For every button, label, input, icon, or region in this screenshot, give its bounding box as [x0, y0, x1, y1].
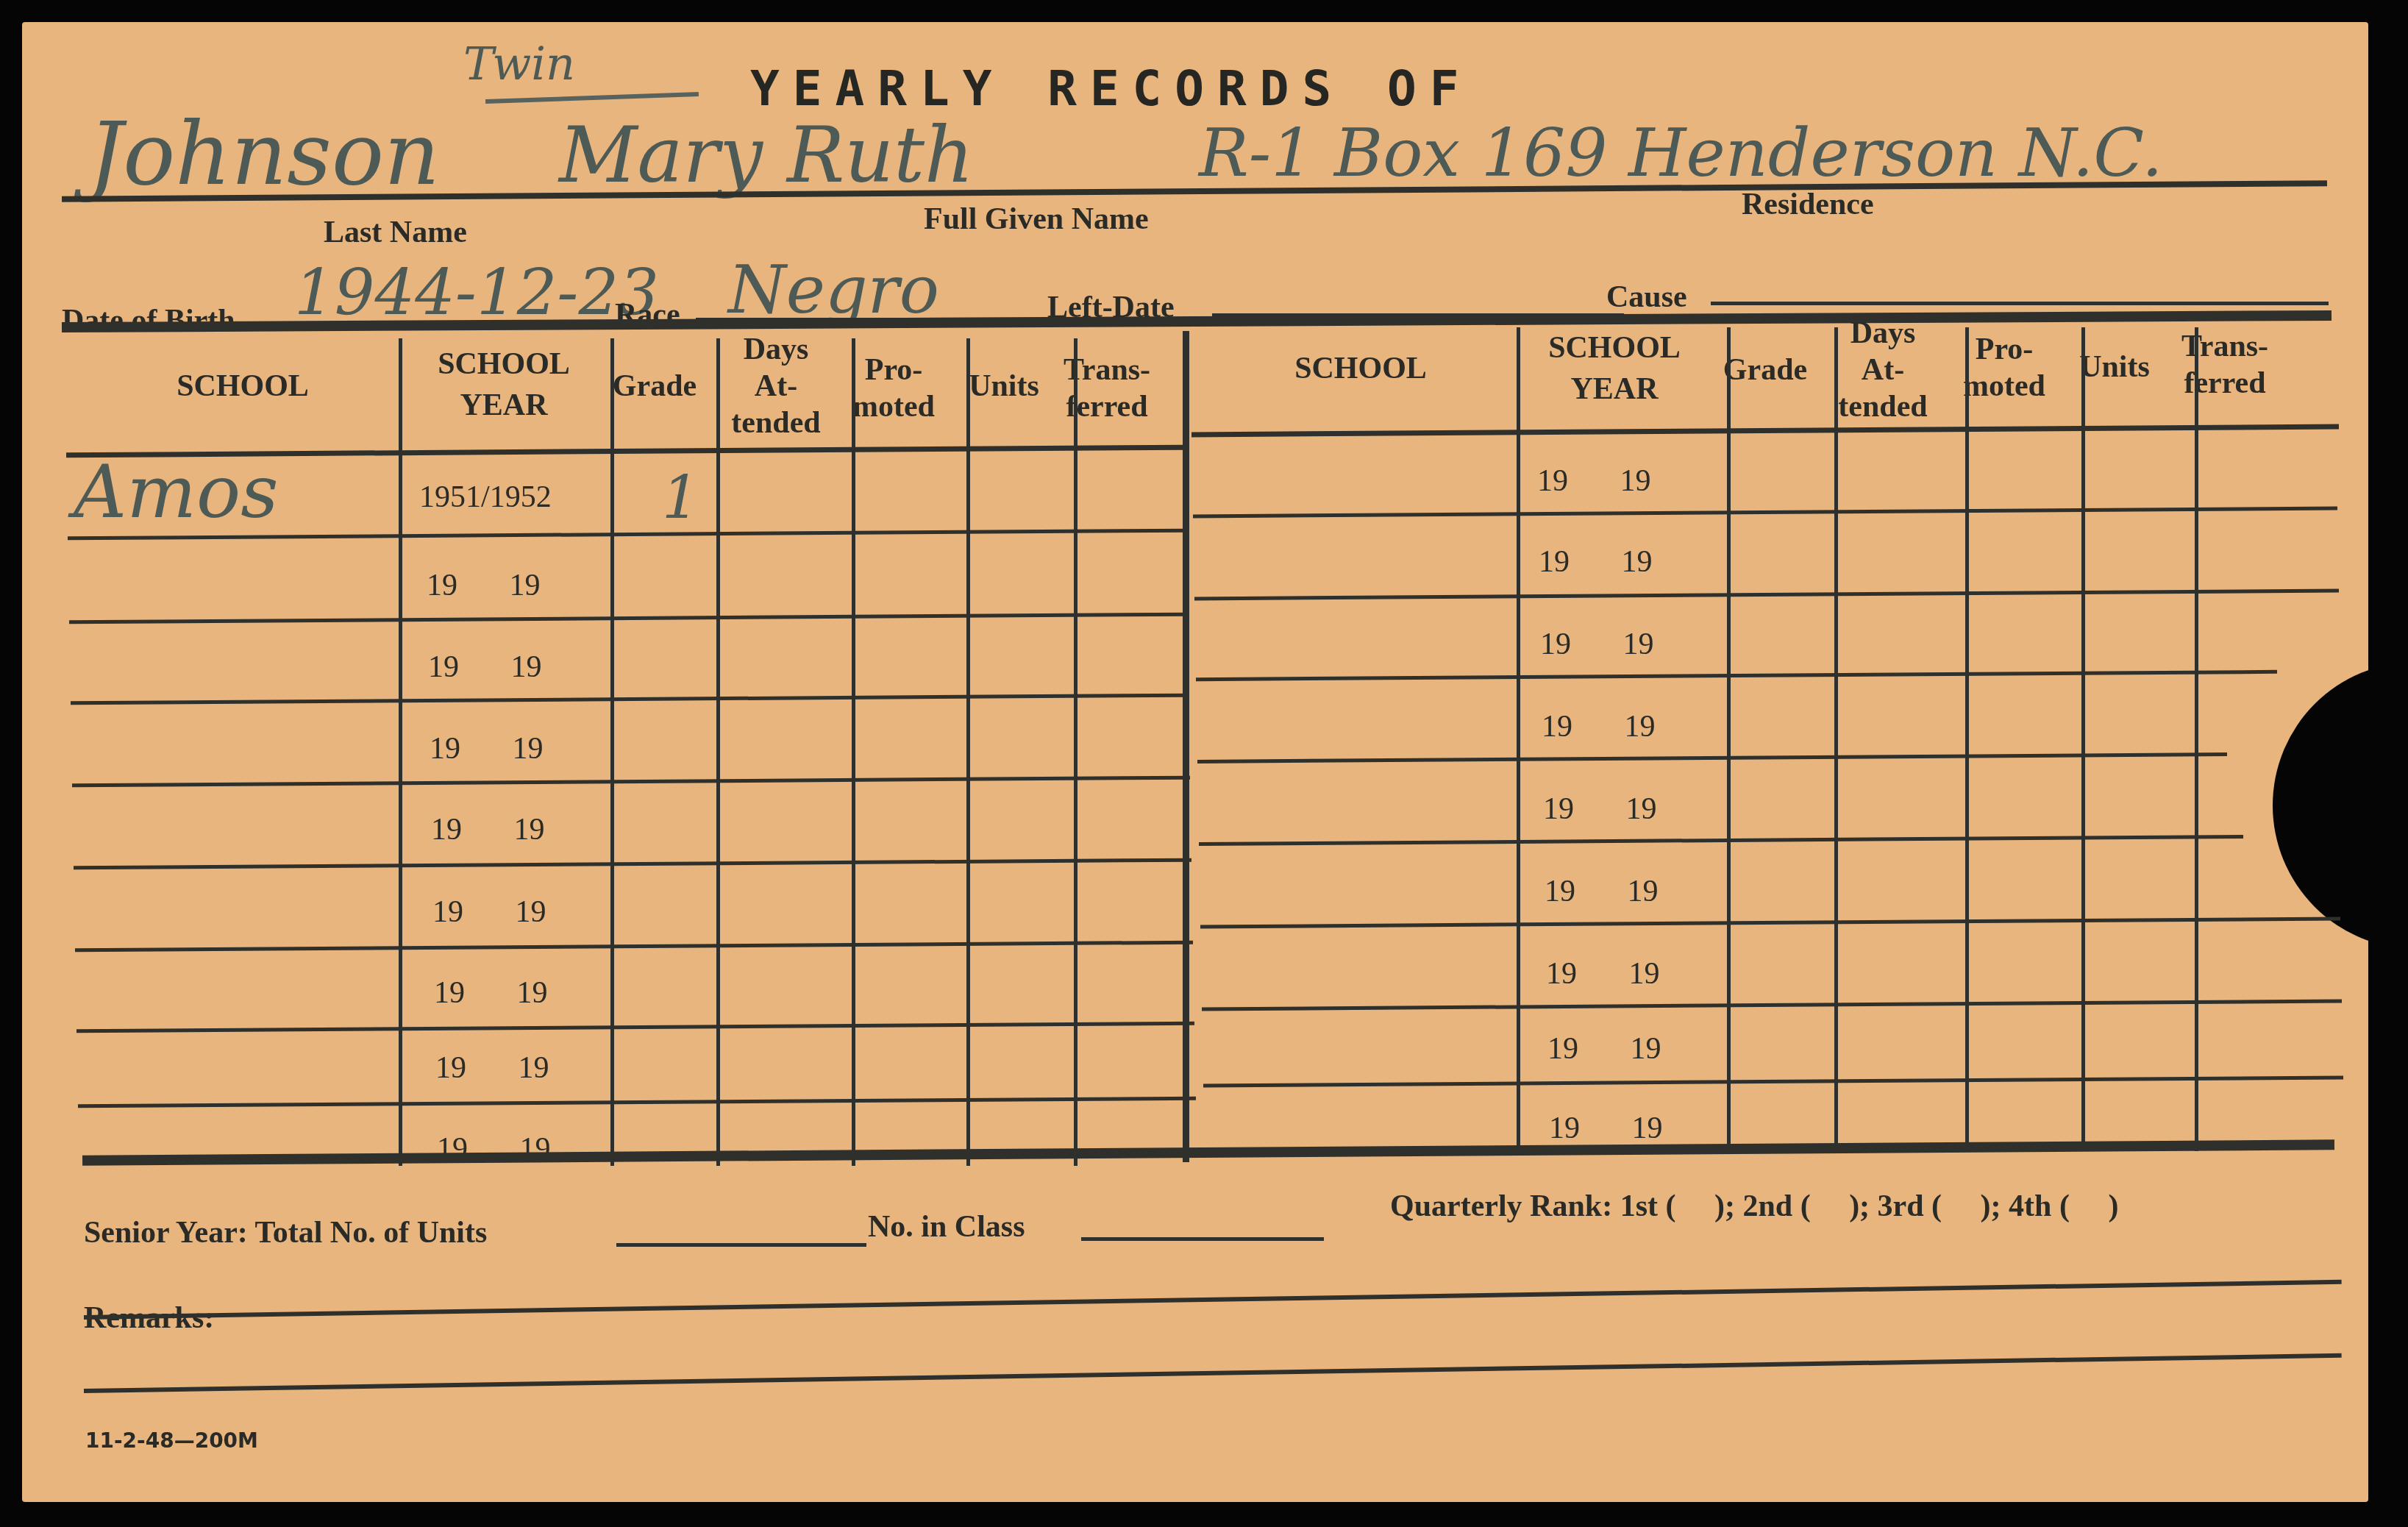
no-in-class-field[interactable] [1081, 1237, 1324, 1241]
row-rule [71, 694, 1189, 705]
last-name-label: Last Name [324, 215, 467, 250]
school-year-cell[interactable]: 19 19 [1543, 791, 1657, 827]
header-transferred-line2: ferred [1052, 388, 1162, 425]
col-divider [1074, 338, 1077, 1166]
school-year-cell[interactable]: 19 19 [431, 812, 545, 847]
quarterly-rank-label: Quarterly Rank: 1st ( ); 2nd ( ); 3rd ( … [1390, 1189, 2118, 1224]
header-days-line1: Days [710, 331, 842, 368]
header-days-line3: tended [710, 405, 842, 441]
school-year-cell[interactable]: 1951/1952 [419, 480, 552, 515]
header-school-year-right: SCHOOL YEAR [1515, 330, 1714, 407]
header-transferred-left: Trans- ferred [1052, 352, 1162, 425]
table-bottom-rule [82, 1139, 2334, 1165]
given-name-value[interactable]: Mary Ruth [559, 110, 974, 200]
header-promoted-line2: moted [1945, 368, 2063, 405]
row-rule [1200, 917, 2340, 929]
form-code: 11-2-48—200M [85, 1428, 258, 1453]
card-notch [2273, 662, 2408, 949]
twin-annotation: Twin [463, 37, 575, 90]
header-bottom-rule-right [1191, 424, 2339, 438]
last-name-value[interactable]: Johnson [88, 103, 440, 204]
school-year-cell[interactable]: 19 19 [1542, 709, 1656, 744]
residence-label: Residence [1742, 187, 1874, 222]
header-days-line2: At- [710, 368, 842, 405]
twin-underline [485, 92, 699, 104]
row-rule [75, 941, 1193, 953]
row-rule [1199, 835, 2243, 846]
dob-label: Date of Birth [62, 303, 235, 338]
col-divider [966, 338, 970, 1166]
col-divider [1727, 327, 1731, 1151]
col-divider [1517, 327, 1520, 1151]
school-year-cell[interactable]: 19 19 [1537, 463, 1651, 499]
school-year-cell[interactable]: 19 19 [435, 1050, 549, 1086]
header-school-left: SCHOOL [81, 368, 405, 405]
col-divider [852, 338, 855, 1166]
header-school-year-left: SCHOOL YEAR [405, 346, 603, 424]
school-year-cell[interactable]: 19 19 [427, 568, 541, 603]
header-school-year-line1: SCHOOL [405, 346, 603, 382]
header-transferred-line1: Trans- [1052, 352, 1162, 388]
header-school-year-line1: SCHOOL [1515, 330, 1714, 366]
row-rule [1194, 589, 2339, 601]
row-rule [1197, 752, 2227, 763]
grade-cell[interactable]: 1 [662, 463, 699, 532]
residence-value[interactable]: R-1 Box 169 Henderson N.C. [1199, 115, 2163, 192]
cause-label: Cause [1606, 280, 1687, 315]
header-units-left: Units [949, 368, 1059, 405]
school-year-cell[interactable]: 19 19 [1549, 1111, 1663, 1146]
no-in-class-label: No. in Class [868, 1209, 1025, 1245]
row-rule [69, 613, 1187, 624]
header-grade-left: Grade [603, 368, 706, 405]
header-transferred-line2: ferred [2166, 365, 2284, 402]
school-year-cell[interactable]: 19 19 [1539, 544, 1653, 580]
school-year-cell[interactable]: 19 19 [430, 731, 544, 766]
school-year-cell[interactable]: 19 19 [432, 894, 546, 930]
remarks-line-2[interactable] [84, 1353, 2342, 1393]
col-divider [1965, 327, 1969, 1151]
row-rule [1203, 1076, 2343, 1088]
school-cell[interactable]: Amos [74, 449, 279, 535]
senior-units-field[interactable] [616, 1243, 866, 1247]
header-transferred-right: Trans- ferred [2166, 328, 2284, 402]
school-year-cell[interactable]: 19 19 [1547, 1031, 1661, 1067]
school-year-cell[interactable]: 19 19 [1545, 874, 1659, 909]
header-promoted-right: Pro- moted [1945, 331, 2063, 405]
row-rule [72, 776, 1190, 788]
row-rule [74, 858, 1191, 870]
row-rule [1202, 1000, 2342, 1011]
dob-value[interactable]: 1944-12-23 [294, 256, 659, 330]
col-divider [610, 338, 614, 1166]
remarks-line-1[interactable] [84, 1280, 2342, 1320]
header-units-right: Units [2059, 349, 2170, 385]
header-promoted-line1: Pro- [1945, 331, 2063, 368]
row-rule [1196, 670, 2277, 681]
row-rule [76, 1022, 1194, 1033]
school-year-cell[interactable]: 19 19 [1546, 956, 1660, 992]
row-rule [78, 1097, 1196, 1108]
col-divider [399, 338, 402, 1166]
card-title: YEARLY RECORDS OF [750, 60, 1472, 117]
school-year-cell[interactable]: 19 19 [428, 649, 542, 685]
cause-underline [1711, 302, 2329, 305]
given-name-label: Full Given Name [924, 202, 1149, 237]
col-divider [2195, 327, 2198, 1151]
school-year-cell[interactable]: 19 19 [1540, 627, 1654, 662]
school-record-card: Twin YEARLY RECORDS OF Johnson Mary Ruth… [22, 22, 2368, 1502]
col-divider [2081, 327, 2085, 1151]
header-school-year-line2: YEAR [1515, 371, 1714, 407]
header-transferred-line1: Trans- [2166, 328, 2284, 365]
header-school-year-line2: YEAR [405, 387, 603, 424]
row-rule [1193, 507, 2337, 519]
senior-units-label: Senior Year: Total No. of Units [84, 1215, 487, 1250]
header-days-left: Days At- tended [710, 331, 842, 441]
school-year-cell[interactable]: 19 19 [434, 975, 548, 1011]
header-school-right: SCHOOL [1206, 350, 1515, 387]
center-divider [1183, 331, 1189, 1162]
col-divider [716, 338, 720, 1166]
col-divider [1834, 327, 1838, 1151]
